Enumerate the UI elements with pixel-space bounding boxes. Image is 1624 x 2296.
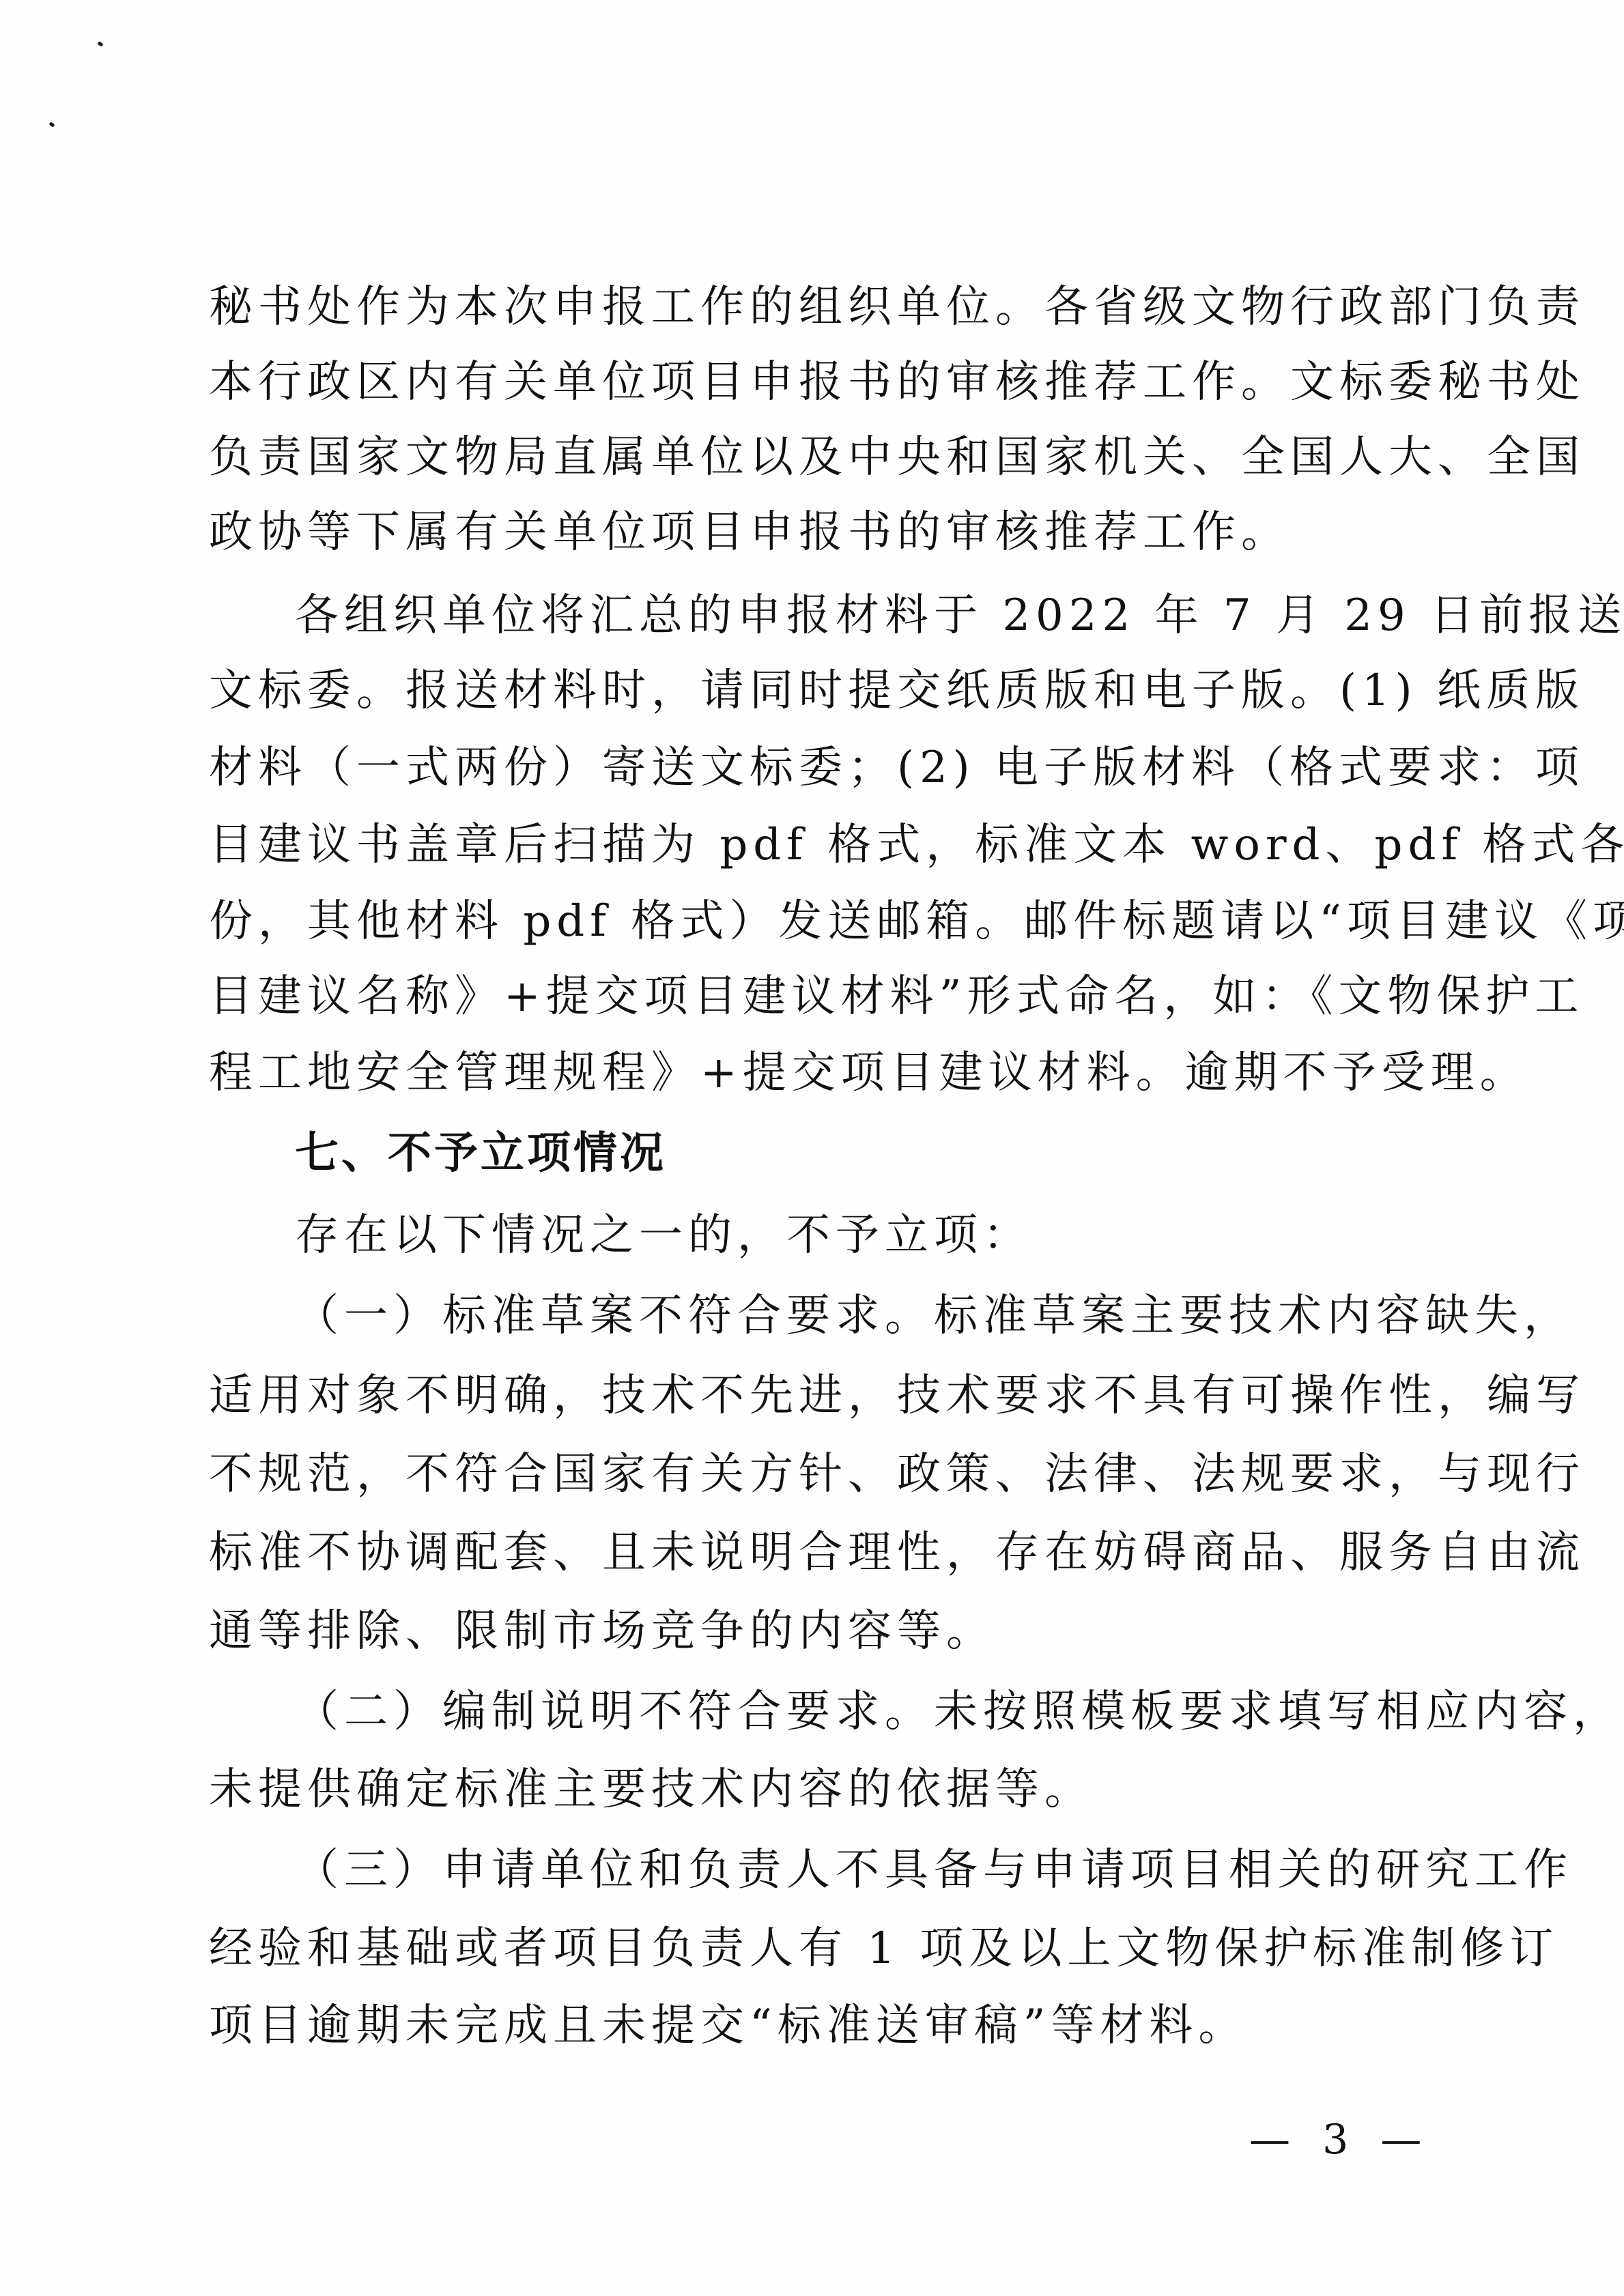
body-line: 程工地安全管理规程》+提交项目建议材料。逾期不予受理。 [209, 1046, 1390, 1100]
body-line: 文标委。报送材料时，请同时提交纸质版和电子版。(1) 纸质版 [209, 663, 1390, 718]
body-line: 目建议名称》+提交项目建议材料”形式命名，如：《文物保护工 [209, 969, 1390, 1024]
body-line: 份，其他材料 pdf 格式）发送邮箱。邮件标题请以“项目建议《项 [209, 894, 1390, 949]
body-line: 通等排除、限制市场竞争的内容等。 [209, 1604, 1390, 1659]
paragraph-start-line: 存在以下情况之一的，不予立项： [295, 1208, 1390, 1263]
body-line: 项目逾期未完成且未提交“标准送审稿”等材料。 [209, 1998, 1390, 2053]
scan-speck [97, 41, 103, 47]
body-line: 经验和基础或者项目负责人有 1 项及以上文物保护标准制修订 [209, 1921, 1390, 1976]
list-item-1-line: （一）标准草案不符合要求。标准草案主要技术内容缺失， [295, 1289, 1390, 1343]
body-line: 秘书处作为本次申报工作的组织单位。各省级文物行政部门负责 [209, 280, 1390, 334]
section-heading: 七、不予立项情况 [295, 1126, 1390, 1181]
body-line: 目建议书盖章后扫描为 pdf 格式，标准文本 word、pdf 格式各 1 [209, 818, 1390, 872]
scan-speck [48, 121, 55, 128]
paragraph-start-line: 各组织单位将汇总的申报材料于 2022 年 7 月 29 日前报送至 [295, 588, 1390, 643]
body-line: 未提供确定标准主要技术内容的依据等。 [209, 1762, 1390, 1817]
body-line: 材料（一式两份）寄送文标委；(2) 电子版材料（格式要求：项 [209, 741, 1390, 795]
body-line: 不规范，不符合国家有关方针、政策、法律、法规要求，与现行 [209, 1447, 1390, 1502]
body-line: 政协等下属有关单位项目申报书的审核推荐工作。 [209, 505, 1390, 560]
body-line: 适用对象不明确，技术不先进，技术要求不具有可操作性，编写 [209, 1368, 1390, 1423]
list-item-3-line: （三）申请单位和负责人不具备与申请项目相关的研究工作 [295, 1843, 1390, 1897]
body-line: 本行政区内有关单位项目申报书的审核推荐工作。文标委秘书处 [209, 355, 1390, 410]
body-line: 标准不协调配套、且未说明合理性，存在妨碍商品、服务自由流 [209, 1525, 1390, 1580]
page-number: — 3 — [1249, 2112, 1431, 2167]
list-item-2-line: （二）编制说明不符合要求。未按照模板要求填写相应内容， [295, 1684, 1390, 1739]
body-line: 负责国家文物局直属单位以及中央和国家机关、全国人大、全国 [209, 430, 1390, 485]
document-page: 秘书处作为本次申报工作的组织单位。各省级文物行政部门负责 本行政区内有关单位项目… [0, 0, 1624, 2296]
